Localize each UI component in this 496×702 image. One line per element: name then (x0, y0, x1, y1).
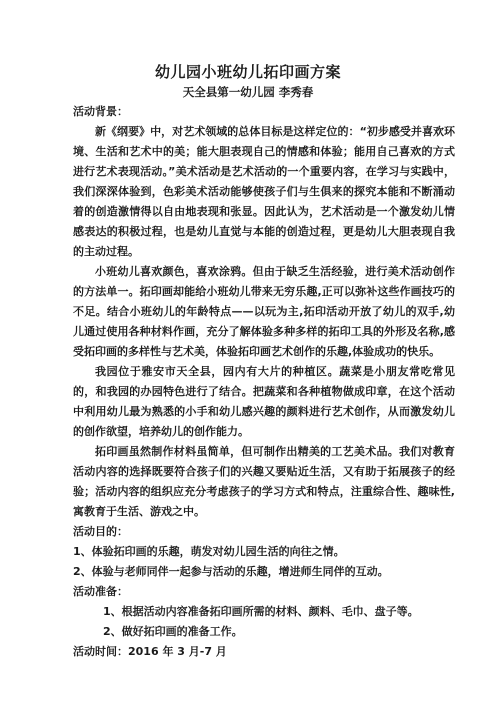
background-paragraph-1: 新《纲要》中，对艺术领域的总体目标是这样定位的：“初步感受并喜欢环境、生活和艺术… (73, 122, 455, 262)
document-page: 幼儿园小班幼儿拓印画方案 天全县第一幼儿园 李秀春 活动背景： 新《纲要》中，对… (0, 0, 496, 702)
background-paragraph-4: 拓印画虽然制作材料虽简单，但可制作出精美的工艺美术品。我们对教育活动内容的选择既… (73, 442, 455, 522)
section-heading-preparation: 活动准备： (73, 582, 455, 602)
goal-item-1: 1、体验拓印画的乐趣，萌发对幼儿园生活的向往之情。 (73, 542, 455, 562)
document-title: 幼儿园小班幼儿拓印画方案 (0, 62, 496, 82)
preparation-item-2: 2、做好拓印画的准备工作。 (73, 622, 455, 642)
document-header: 幼儿园小班幼儿拓印画方案 天全县第一幼儿园 李秀春 (0, 62, 496, 102)
document-body: 活动背景： 新《纲要》中，对艺术领域的总体目标是这样定位的：“初步感受并喜欢环境… (73, 102, 455, 662)
background-paragraph-3: 我园位于雅安市天全县，园内有大片的种植区。蔬菜是小朋友常吃常见的，和我园的办园特… (73, 362, 455, 442)
document-byline: 天全县第一幼儿园 李秀春 (0, 82, 496, 102)
goal-item-2: 2、体验与老师同伴一起参与活动的乐趣，增进师生同伴的互动。 (73, 562, 455, 582)
activity-time-line: 活动时间：2016 年 3 月-7 月 (73, 642, 455, 662)
background-paragraph-2: 小班幼儿喜欢颜色，喜欢涂鸦。但由于缺乏生活经验，进行美术活动创作的方法单一。拓印… (73, 262, 455, 362)
section-heading-background: 活动背景： (73, 102, 455, 122)
preparation-item-1: 1、根据活动内容准备拓印画所需的材料、颜料、毛巾、盘子等。 (73, 602, 455, 622)
section-heading-goals: 活动目的： (73, 522, 455, 542)
